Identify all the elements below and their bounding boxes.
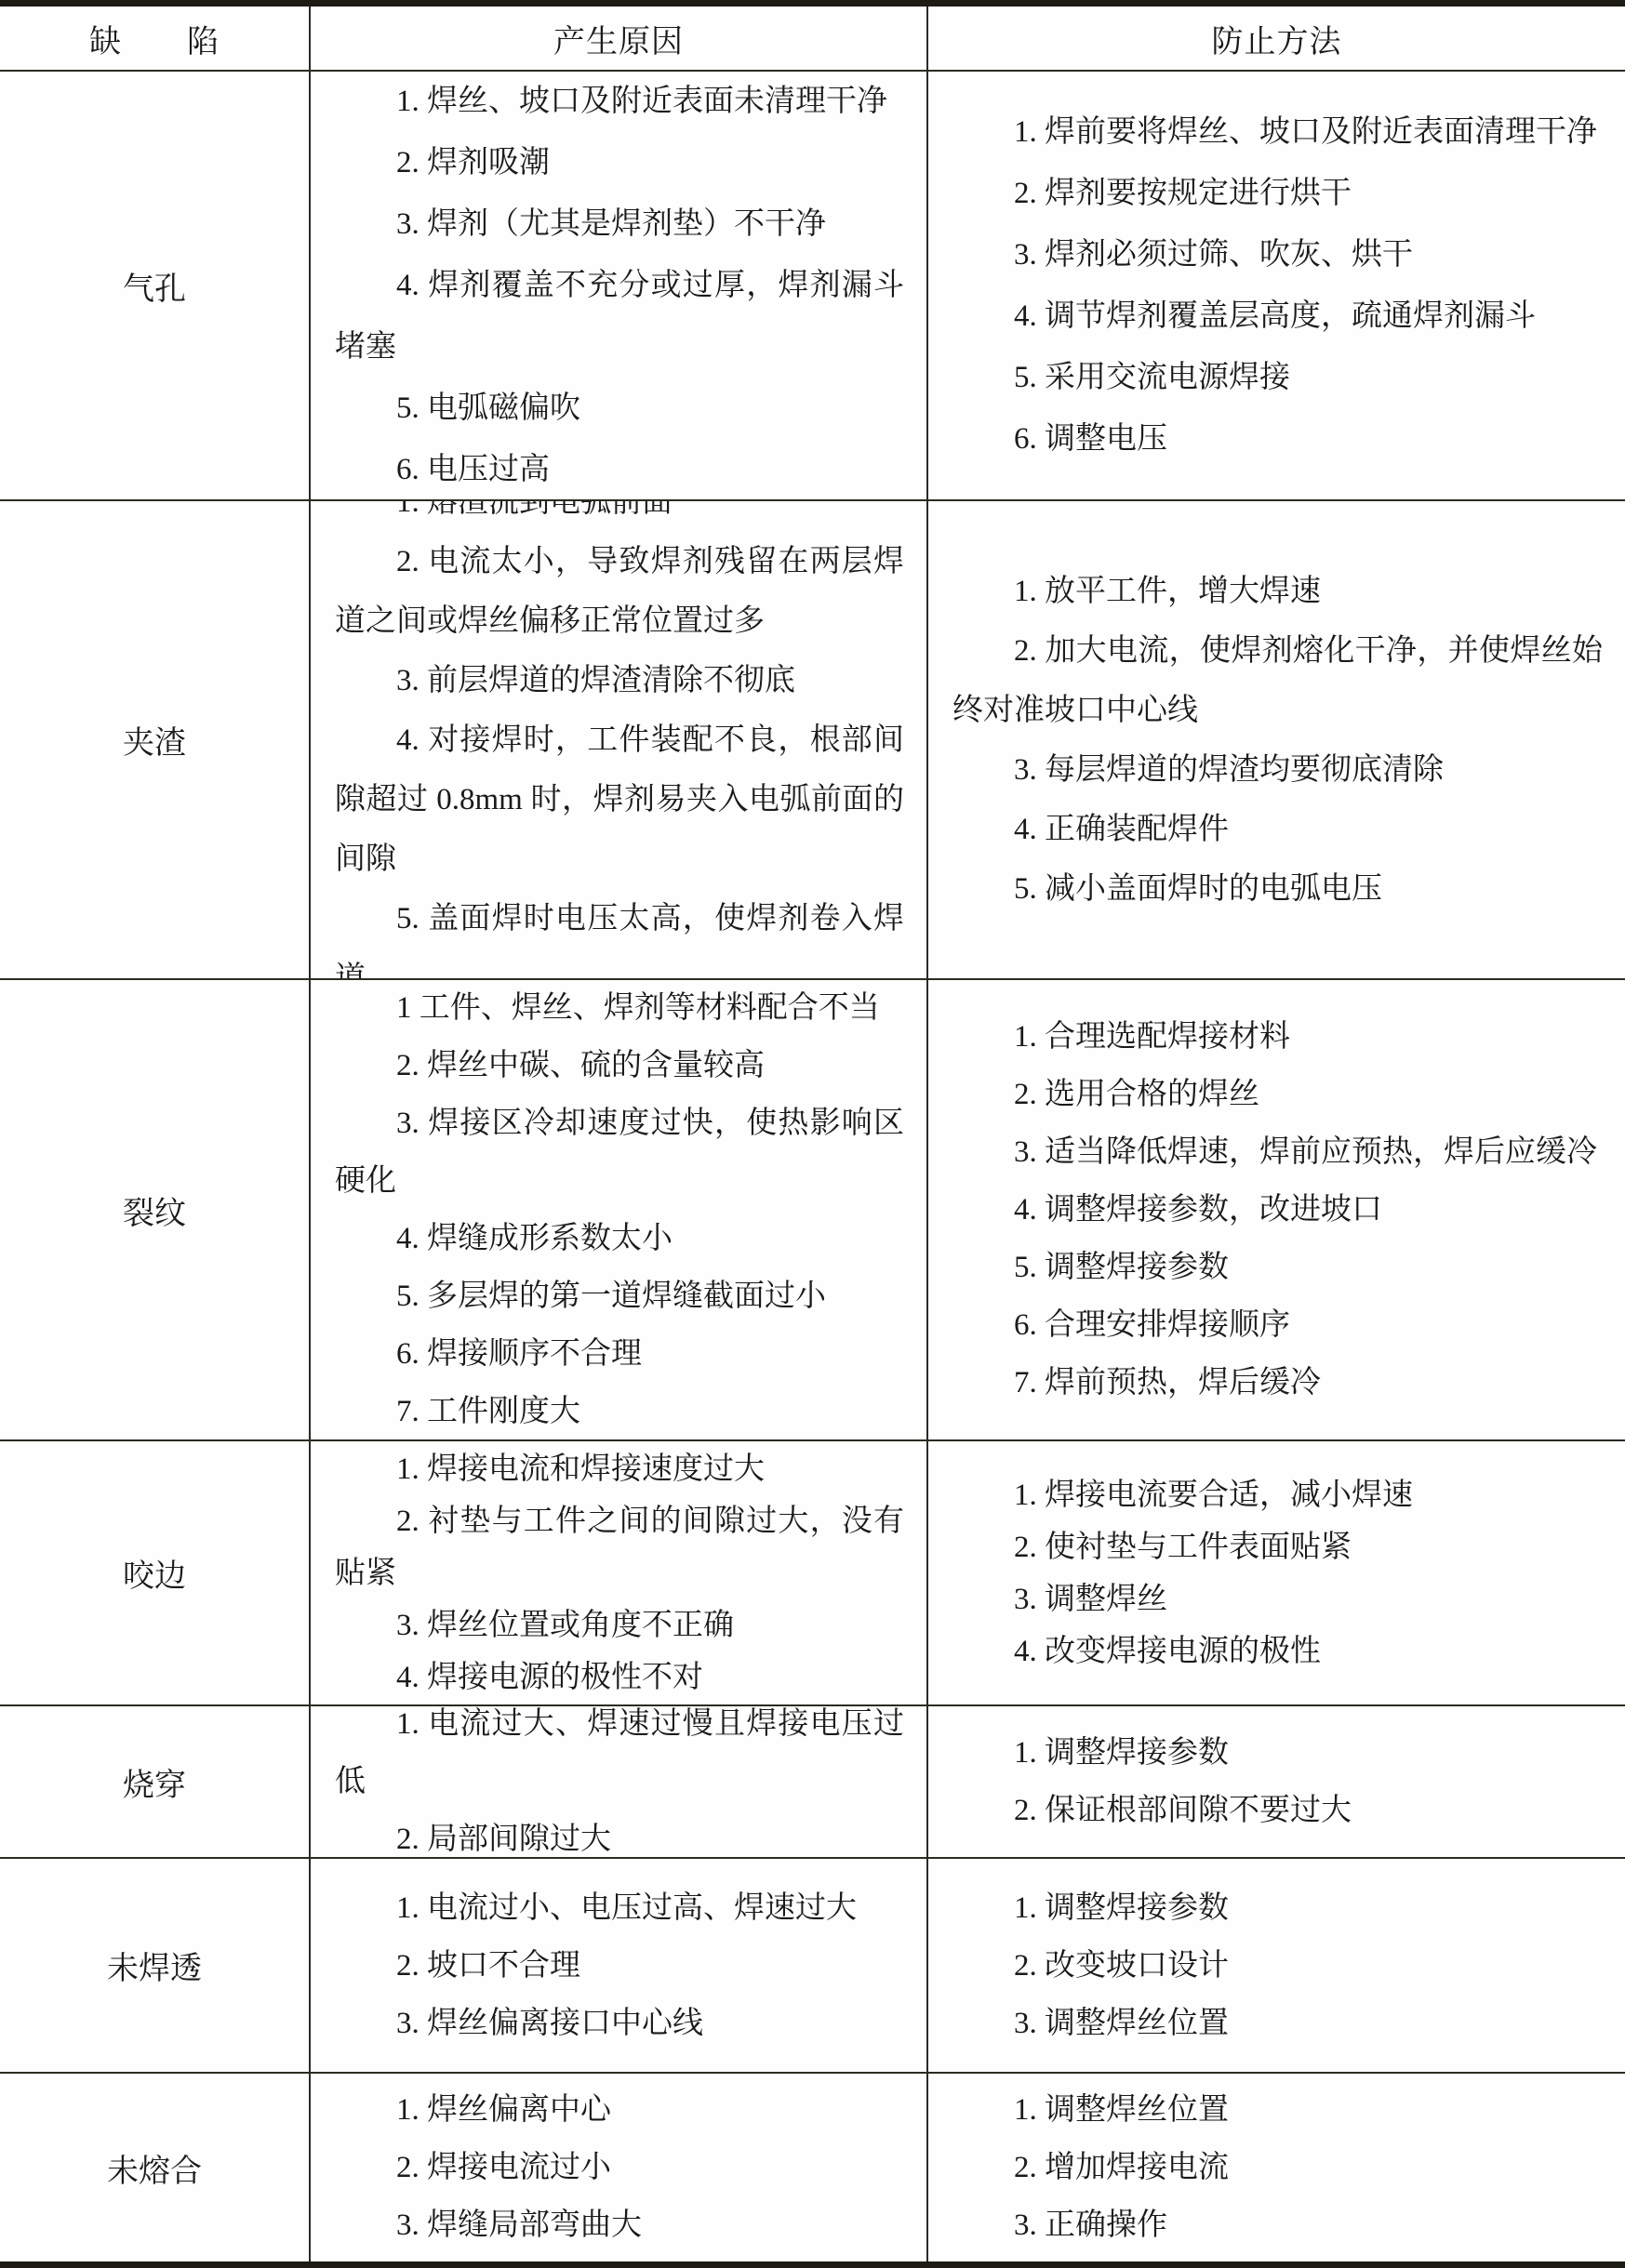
- causes-cell: 1. 焊丝、坡口及附近表面未清理干净2. 焊剂吸潮3. 焊剂（尤其是焊剂垫）不干…: [309, 70, 926, 499]
- prevention-list: 1. 放平工件，增大焊速2. 加大电流，使焊剂熔化干净，并使焊丝始终对准坡口中心…: [928, 562, 1625, 919]
- list-item: 5. 采用交流电源焊接: [952, 347, 1603, 408]
- list-item: 2. 焊丝中碳、硫的含量较高: [335, 1037, 904, 1094]
- list-item: 6. 电压过高: [335, 439, 904, 499]
- prevention-cell: 1. 合理选配焊接材料2. 选用合格的焊丝3. 适当降低焊速，焊前应预热，焊后应…: [926, 978, 1625, 1439]
- list-item: 6. 合理安排焊接顺序: [952, 1296, 1603, 1354]
- list-item: 2. 焊接电流过小: [335, 2139, 904, 2196]
- prevention-cell: 1. 调整焊丝位置2. 增加焊接电流3. 正确操作: [926, 2072, 1625, 2261]
- defect-name: 咬边: [0, 1439, 309, 1704]
- causes-list: 1. 焊接电流和焊接速度过大2. 衬垫与工件之间的间隙过大，没有贴紧3. 焊丝位…: [311, 1443, 926, 1704]
- list-item: 5. 减小盖面焊时的电弧电压: [952, 859, 1603, 919]
- causes-list: 1. 焊丝、坡口及附近表面未清理干净2. 焊剂吸潮3. 焊剂（尤其是焊剂垫）不干…: [311, 71, 926, 499]
- causes-list: 1. 电流过小、电压过高、焊速过大2. 坡口不合理3. 焊丝偏离接口中心线: [311, 1879, 926, 2052]
- defect-name: 烧穿: [0, 1704, 309, 1857]
- list-item: 3. 焊丝位置或角度不正确: [335, 1599, 904, 1651]
- list-item: 4. 对接焊时，工件装配不良，根部间隙超过 0.8mm 时，焊剂易夹入电弧前面的…: [335, 710, 904, 889]
- list-item: 1. 焊前要将焊丝、坡口及附近表面清理干净: [952, 101, 1603, 163]
- list-item: 2. 局部间隙过大: [335, 1810, 904, 1857]
- prevention-list: 1. 焊前要将焊丝、坡口及附近表面清理干净2. 焊剂要按规定进行烘干3. 焊剂必…: [928, 101, 1625, 470]
- list-item: 1. 合理选配焊接材料: [952, 1008, 1603, 1066]
- list-item: 1. 调整焊接参数: [952, 1724, 1603, 1782]
- causes-list: 1. 电流过大、焊速过慢且焊接电压过低2. 局部间隙过大: [311, 1704, 926, 1857]
- list-item: 4. 正确装配焊件: [952, 800, 1603, 859]
- causes-cell: 1. 焊接电流和焊接速度过大2. 衬垫与工件之间的间隙过大，没有贴紧3. 焊丝位…: [309, 1439, 926, 1704]
- list-item: 7. 工件刚度大: [335, 1383, 904, 1439]
- prevention-cell: 1. 焊接电流要合适，减小焊速2. 使衬垫与工件表面贴紧3. 调整焊丝4. 改变…: [926, 1439, 1625, 1704]
- list-item: 7. 焊前预热，焊后缓冷: [952, 1354, 1603, 1412]
- welding-defect-table: 缺 陷 产生原因 防止方法 气孔 1. 焊丝、坡口及附近表面未清理干净2. 焊剂…: [0, 0, 1625, 2268]
- list-item: 1. 电流过小、电压过高、焊速过大: [335, 1879, 904, 1937]
- column-header-defect: 缺 陷: [0, 7, 309, 70]
- list-item: 1. 调整焊丝位置: [952, 2081, 1603, 2139]
- list-item: 3. 焊缝局部弯曲大: [335, 2196, 904, 2254]
- column-header-prevention: 防止方法: [926, 7, 1625, 70]
- list-item: 1. 焊丝偏离中心: [335, 2081, 904, 2139]
- list-item: 1. 调整焊接参数: [952, 1879, 1603, 1937]
- list-item: 3. 焊剂（尤其是焊剂垫）不干净: [335, 193, 904, 255]
- defect-name: 气孔: [0, 70, 309, 499]
- list-item: 3. 每层焊道的焊渣均要彻底清除: [952, 740, 1603, 800]
- prevention-cell: 1. 调整焊接参数2. 改变坡口设计3. 调整焊丝位置: [926, 1857, 1625, 2072]
- prevention-list: 1. 合理选配焊接材料2. 选用合格的焊丝3. 适当降低焊速，焊前应预热，焊后应…: [928, 1008, 1625, 1412]
- causes-cell: 1. 电流过小、电压过高、焊速过大2. 坡口不合理3. 焊丝偏离接口中心线: [309, 1857, 926, 2072]
- defect-name: 夹渣: [0, 499, 309, 978]
- causes-cell: 1. 电流过大、焊速过慢且焊接电压过低2. 局部间隙过大: [309, 1704, 926, 1857]
- list-item: 2. 衬垫与工件之间的间隙过大，没有贴紧: [335, 1495, 904, 1599]
- list-item: 3. 前层焊道的焊渣清除不彻底: [335, 651, 904, 710]
- causes-cell: 1. 焊丝偏离中心2. 焊接电流过小3. 焊缝局部弯曲大: [309, 2072, 926, 2261]
- list-item: 2. 加大电流，使焊剂熔化干净，并使焊丝始终对准坡口中心线: [952, 621, 1603, 740]
- list-item: 5. 多层焊的第一道焊缝截面过小: [335, 1267, 904, 1325]
- list-item: 2. 焊剂吸潮: [335, 132, 904, 193]
- list-item: 2. 坡口不合理: [335, 1937, 904, 1995]
- list-item: 1. 焊接电流和焊接速度过大: [335, 1443, 904, 1495]
- list-item: 1. 焊接电流要合适，减小焊速: [952, 1469, 1603, 1521]
- defect-name: 未焊透: [0, 1857, 309, 2072]
- prevention-cell: 1. 放平工件，增大焊速2. 加大电流，使焊剂熔化干净，并使焊丝始终对准坡口中心…: [926, 499, 1625, 978]
- defect-name: 裂纹: [0, 978, 309, 1439]
- list-item: 4. 焊剂覆盖不充分或过厚，焊剂漏斗堵塞: [335, 255, 904, 378]
- column-header-cause: 产生原因: [309, 7, 926, 70]
- list-item: 1 工件、焊丝、焊剂等材料配合不当: [335, 979, 904, 1037]
- prevention-cell: 1. 焊前要将焊丝、坡口及附近表面清理干净2. 焊剂要按规定进行烘干3. 焊剂必…: [926, 70, 1625, 499]
- list-item: 1. 熔渣流到电弧前面: [335, 499, 904, 532]
- causes-list: 1. 熔渣流到电弧前面2. 电流太小，导致焊剂残留在两层焊道之间或焊丝偏移正常位…: [311, 499, 926, 978]
- prevention-list: 1. 调整焊接参数2. 改变坡口设计3. 调整焊丝位置: [928, 1879, 1625, 2052]
- document-page: 缺 陷 产生原因 防止方法 气孔 1. 焊丝、坡口及附近表面未清理干净2. 焊剂…: [0, 0, 1625, 2268]
- causes-cell: 1. 熔渣流到电弧前面2. 电流太小，导致焊剂残留在两层焊道之间或焊丝偏移正常位…: [309, 499, 926, 978]
- list-item: 4. 调节焊剂覆盖层高度，疏通焊剂漏斗: [952, 285, 1603, 347]
- list-item: 3. 正确操作: [952, 2196, 1603, 2254]
- prevention-cell: 1. 调整焊接参数2. 保证根部间隙不要过大: [926, 1704, 1625, 1857]
- list-item: 2. 保证根部间隙不要过大: [952, 1782, 1603, 1839]
- list-item: 4. 焊缝成形系数太小: [335, 1210, 904, 1267]
- list-item: 6. 焊接顺序不合理: [335, 1325, 904, 1383]
- causes-list: 1. 焊丝偏离中心2. 焊接电流过小3. 焊缝局部弯曲大: [311, 2081, 926, 2254]
- list-item: 2. 使衬垫与工件表面贴紧: [952, 1521, 1603, 1573]
- list-item: 4. 焊接电源的极性不对: [335, 1651, 904, 1704]
- list-item: 3. 焊丝偏离接口中心线: [335, 1995, 904, 2052]
- list-item: 3. 调整焊丝: [952, 1573, 1603, 1625]
- causes-list: 1 工件、焊丝、焊剂等材料配合不当2. 焊丝中碳、硫的含量较高3. 焊接区冷却速…: [311, 979, 926, 1439]
- list-item: 3. 调整焊丝位置: [952, 1995, 1603, 2052]
- list-item: 2. 电流太小，导致焊剂残留在两层焊道之间或焊丝偏移正常位置过多: [335, 532, 904, 651]
- list-item: 5. 盖面焊时电压太高，使焊剂卷入焊道: [335, 889, 904, 979]
- list-item: 2. 增加焊接电流: [952, 2139, 1603, 2196]
- list-item: 1. 电流过大、焊速过慢且焊接电压过低: [335, 1704, 904, 1810]
- list-item: 2. 选用合格的焊丝: [952, 1066, 1603, 1123]
- list-item: 5. 调整焊接参数: [952, 1239, 1603, 1296]
- list-item: 2. 改变坡口设计: [952, 1937, 1603, 1995]
- list-item: 1. 焊丝、坡口及附近表面未清理干净: [335, 71, 904, 132]
- list-item: 3. 焊剂必须过筛、吹灰、烘干: [952, 224, 1603, 285]
- list-item: 3. 焊接区冷却速度过快，使热影响区硬化: [335, 1094, 904, 1210]
- prevention-list: 1. 调整焊接参数2. 保证根部间隙不要过大: [928, 1724, 1625, 1839]
- causes-cell: 1 工件、焊丝、焊剂等材料配合不当2. 焊丝中碳、硫的含量较高3. 焊接区冷却速…: [309, 978, 926, 1439]
- list-item: 1. 放平工件，增大焊速: [952, 562, 1603, 621]
- list-item: 3. 适当降低焊速，焊前应预热，焊后应缓冷: [952, 1123, 1603, 1181]
- prevention-list: 1. 焊接电流要合适，减小焊速2. 使衬垫与工件表面贴紧3. 调整焊丝4. 改变…: [928, 1469, 1625, 1678]
- list-item: 4. 调整焊接参数，改进坡口: [952, 1181, 1603, 1239]
- list-item: 5. 电弧磁偏吹: [335, 378, 904, 439]
- prevention-list: 1. 调整焊丝位置2. 增加焊接电流3. 正确操作: [928, 2081, 1625, 2254]
- defect-name: 未熔合: [0, 2072, 309, 2261]
- list-item: 2. 焊剂要按规定进行烘干: [952, 163, 1603, 224]
- list-item: 6. 调整电压: [952, 408, 1603, 470]
- list-item: 4. 改变焊接电源的极性: [952, 1625, 1603, 1678]
